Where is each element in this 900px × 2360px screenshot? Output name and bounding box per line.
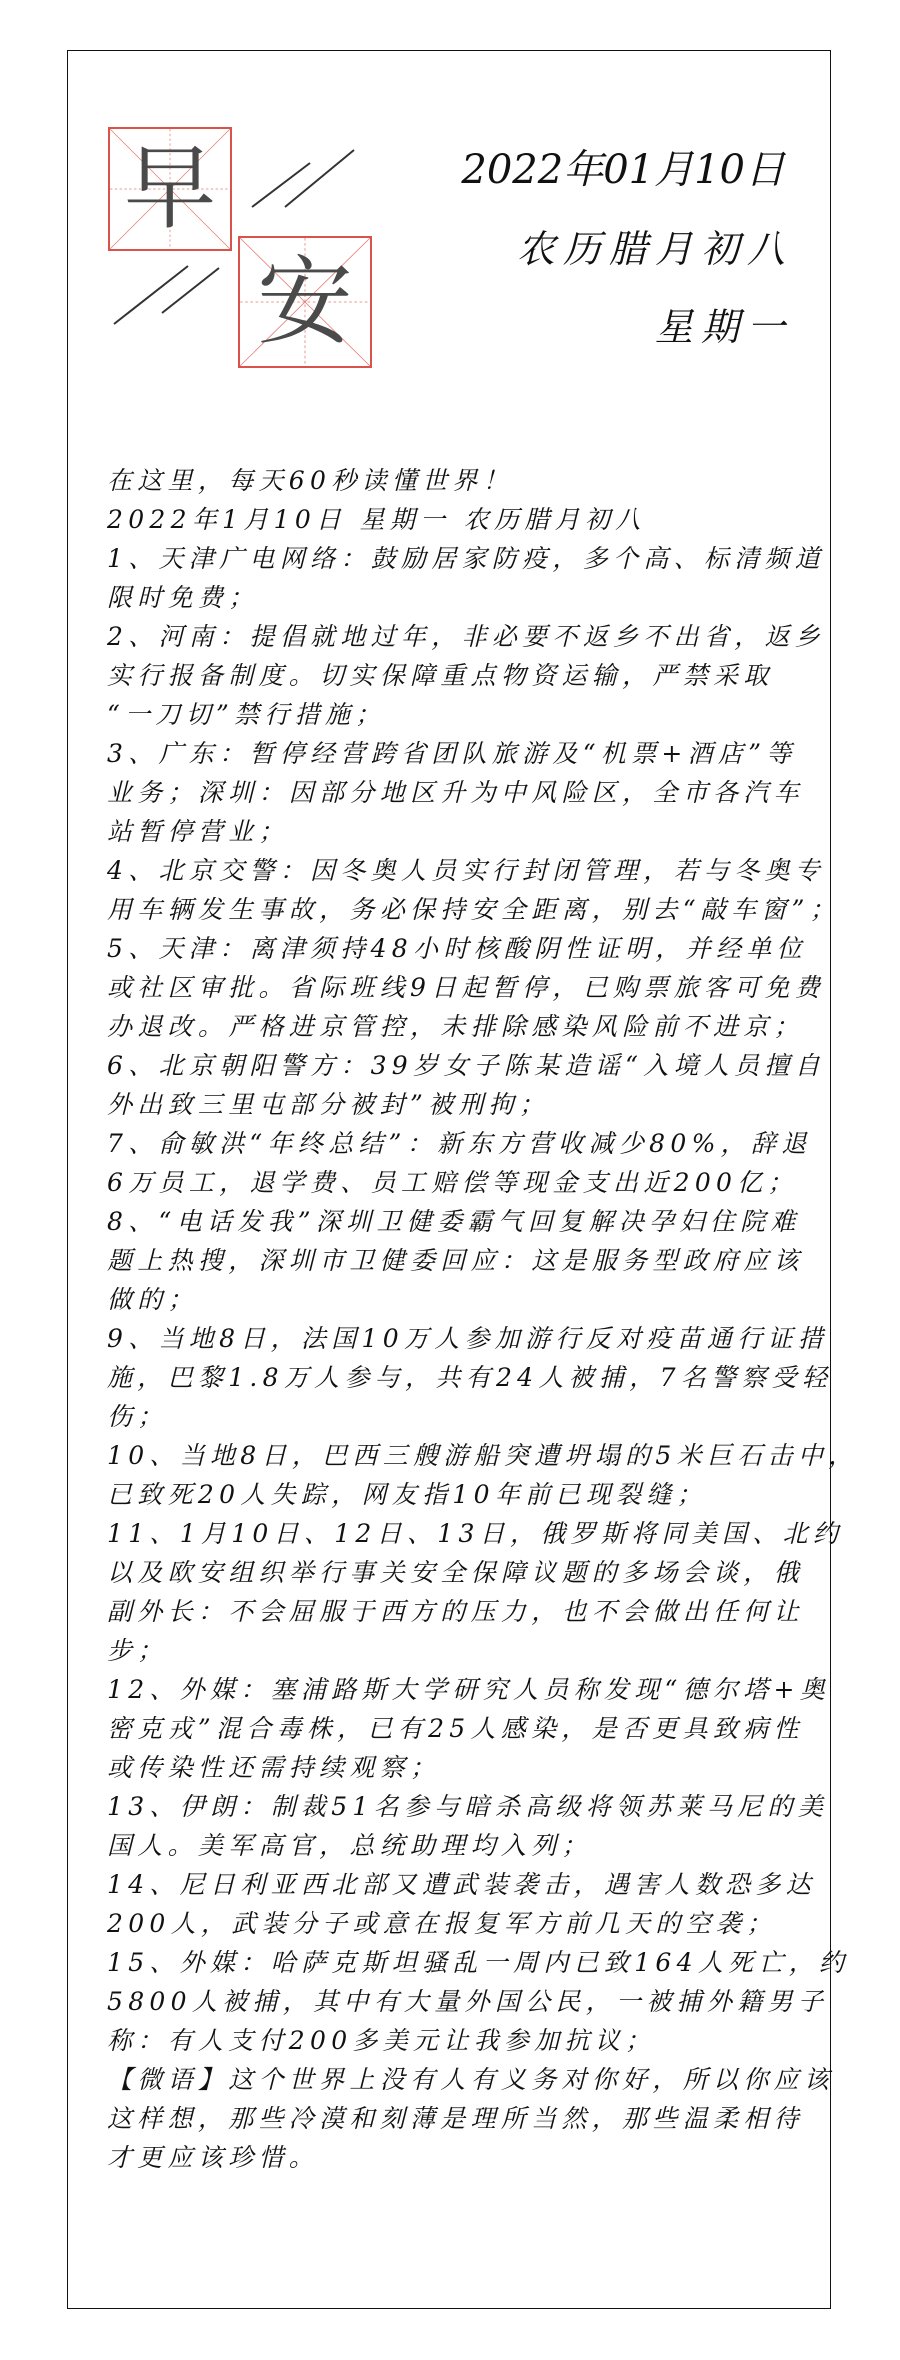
news-item-8-cont: 做的；	[107, 1280, 807, 1319]
news-item-6: 6、北京朝阳警方：39岁女子陈某造谣“入境人员擅自	[107, 1046, 807, 1085]
news-item-3-cont: 业务；深圳：因部分地区升为中风险区，全市各汽车	[107, 773, 807, 812]
header-date: 2022年01月10日	[461, 138, 785, 195]
news-item-11: 11、1月10日、12日、13日，俄罗斯将同美国、北约	[107, 1514, 807, 1553]
news-item-9-cont: 施，巴黎1.8万人参与，共有24人被捕，7名警察受轻	[107, 1358, 807, 1397]
header-weekday: 星期一	[655, 296, 793, 351]
header-lunar-date: 农历腊月初八	[517, 218, 793, 273]
news-item-9: 9、当地8日，法国10万人参加游行反对疫苗通行证措	[107, 1319, 807, 1358]
news-item-8-cont: 题上热搜，深圳市卫健委回应：这是服务型政府应该	[107, 1241, 807, 1280]
news-item-2-cont: “一刀切”禁行措施；	[107, 695, 807, 734]
news-item-4: 4、北京交警：因冬奥人员实行封闭管理，若与冬奥专	[107, 851, 807, 890]
news-item-5: 5、天津：离津须持48小时核酸阴性证明，并经单位	[107, 929, 807, 968]
news-item-4-cont: 用车辆发生事故，务必保持安全距离，别去“敲车窗”；	[107, 890, 807, 929]
news-item-11-cont: 以及欧安组织举行事关安全保障议题的多场会谈，俄	[107, 1553, 807, 1592]
news-item-13-cont: 国人。美军高官，总统助理均入列；	[107, 1826, 807, 1865]
news-item-1-cont: 限时免费；	[107, 578, 807, 617]
news-item-5-cont: 办退改。严格进京管控，未排除感染风险前不进京；	[107, 1007, 807, 1046]
news-item-5-cont: 或社区审批。省际班线9日起暂停，已购票旅客可免费	[107, 968, 807, 1007]
news-item-15: 15、外媒：哈萨克斯坦骚乱一周内已致164人死亡，约	[107, 1943, 807, 1982]
news-item-15-cont: 5800人被捕，其中有大量外国公民，一被捕外籍男子	[107, 1982, 807, 2021]
news-item-9-cont: 伤；	[107, 1397, 807, 1436]
quote-line-cont: 这样想，那些冷漠和刻薄是理所当然，那些温柔相待	[107, 2099, 807, 2138]
news-item-12: 12、外媒：塞浦路斯大学研究人员称发现“德尔塔+奥	[107, 1670, 807, 1709]
news-item-11-cont: 步；	[107, 1631, 807, 1670]
date-line: 2022年1月10日 星期一 农历腊月初八	[107, 500, 807, 539]
news-item-3: 3、广东：暂停经营跨省团队旅游及“机票+酒店”等	[107, 734, 807, 773]
news-item-15-cont: 称：有人支付200多美元让我参加抗议；	[107, 2021, 807, 2060]
news-item-10: 10、当地8日，巴西三艘游船突遭坍塌的5米巨石击中，	[107, 1436, 807, 1475]
news-item-3-cont: 站暂停营业；	[107, 812, 807, 851]
news-item-8: 8、“电话发我”深圳卫健委霸气回复解决孕妇住院难	[107, 1202, 807, 1241]
news-item-6-cont: 外出致三里屯部分被封”被刑拘；	[107, 1085, 807, 1124]
news-item-11-cont: 副外长：不会屈服于西方的压力，也不会做出任何让	[107, 1592, 807, 1631]
news-item-1: 1、天津广电网络：鼓励居家防疫，多个高、标清频道	[107, 539, 807, 578]
news-item-7-cont: 6万员工，退学费、员工赔偿等现金支出近200亿；	[107, 1163, 807, 1202]
news-item-12-cont: 或传染性还需持续观察；	[107, 1748, 807, 1787]
news-item-12-cont: 密克戎”混合毒株，已有25人感染，是否更具致病性	[107, 1709, 807, 1748]
intro-line: 在这里，每天60秒读懂世界！	[107, 461, 807, 500]
news-body: 在这里，每天60秒读懂世界！ 2022年1月10日 星期一 农历腊月初八 1、天…	[107, 461, 807, 2177]
news-item-2-cont: 实行报备制度。切实保障重点物资运输，严禁采取	[107, 656, 807, 695]
news-item-10-cont: 已致死20人失踪，网友指10年前已现裂缝；	[107, 1475, 807, 1514]
quote-line: 【微语】这个世界上没有人有义务对你好，所以你应该	[107, 2060, 807, 2099]
news-item-13: 13、伊朗：制裁51名参与暗杀高级将领苏莱马尼的美	[107, 1787, 807, 1826]
news-item-2: 2、河南：提倡就地过年，非必要不返乡不出省，返乡	[107, 617, 807, 656]
news-item-14: 14、尼日利亚西北部又遭武装袭击，遇害人数恐多达	[107, 1865, 807, 1904]
quote-line-cont: 才更应该珍惜。	[107, 2138, 807, 2177]
news-item-7: 7、俞敏洪“年终总结”：新东方营收减少80%，辞退	[107, 1124, 807, 1163]
news-item-14-cont: 200人，武装分子或意在报复军方前几天的空袭；	[107, 1904, 807, 1943]
